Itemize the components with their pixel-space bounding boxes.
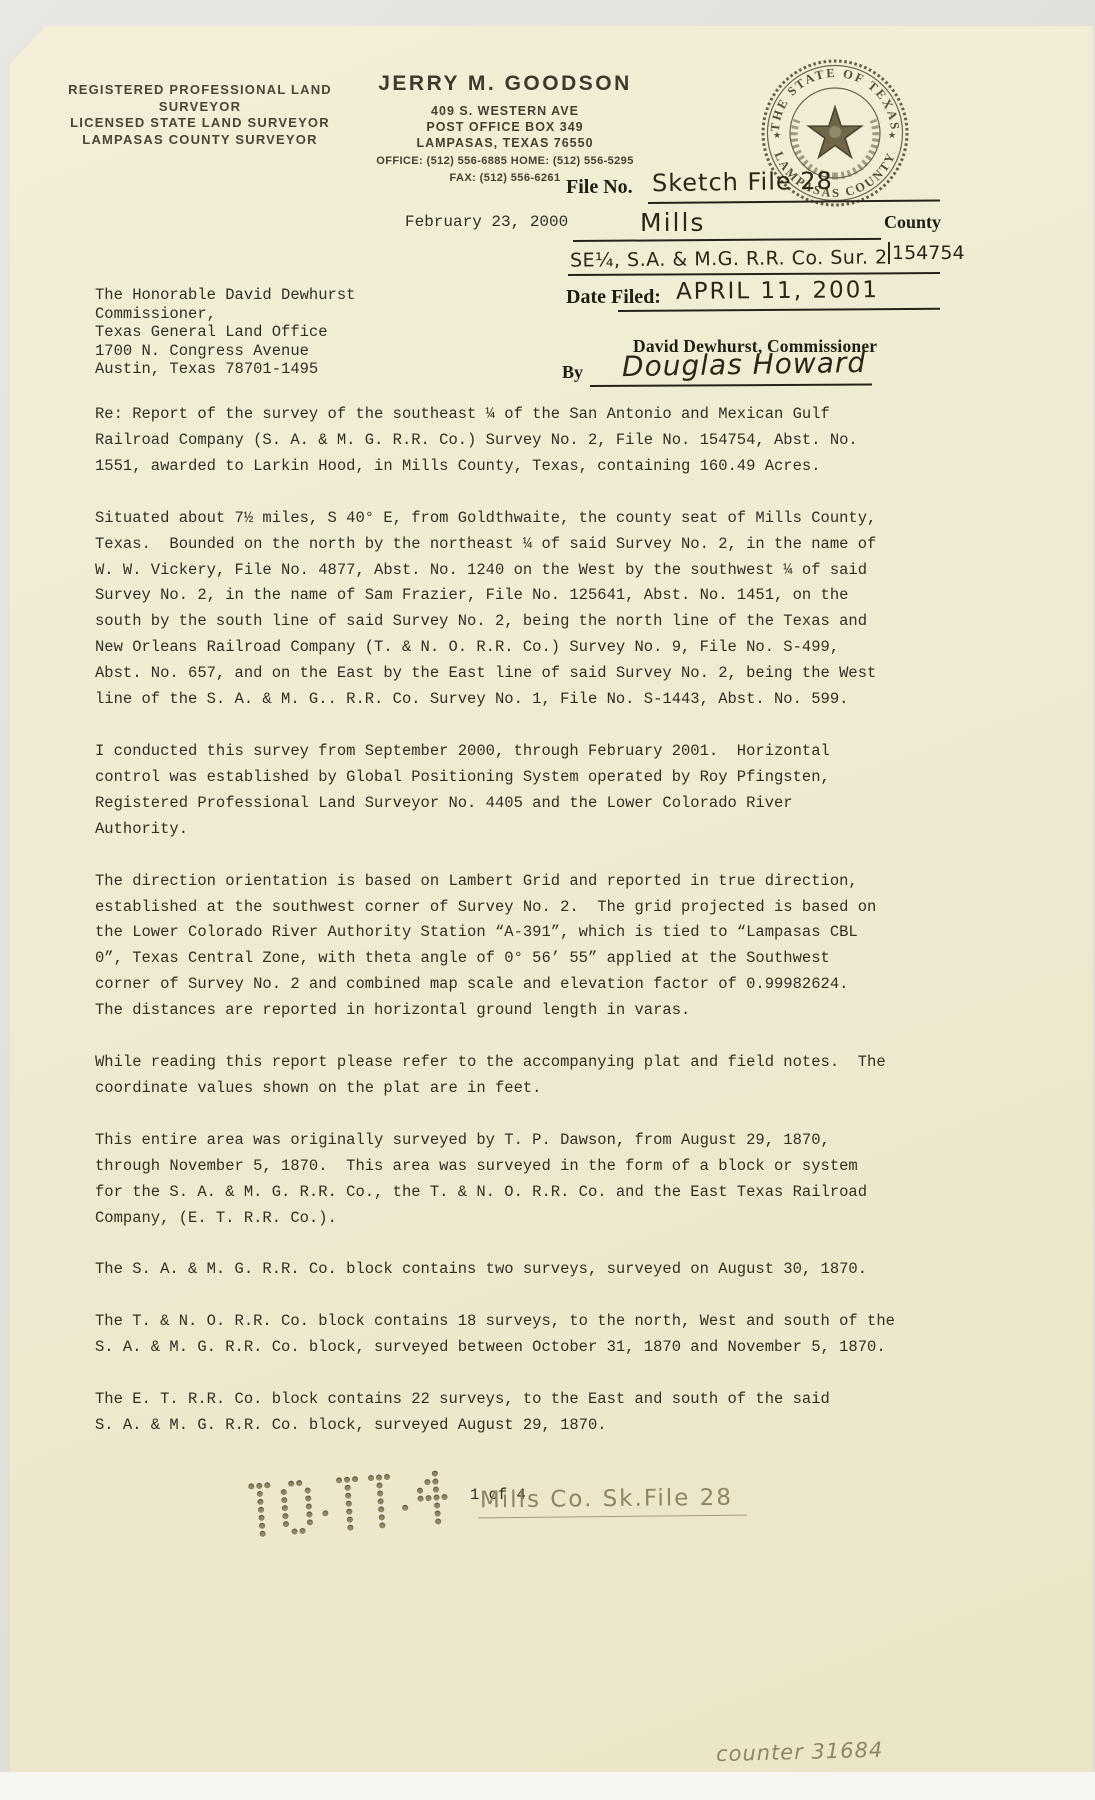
punched-hole — [379, 1514, 385, 1520]
punched-hole — [379, 1522, 385, 1528]
punched-hole — [282, 1505, 288, 1511]
punched-hole — [425, 1495, 431, 1501]
punched-hole — [346, 1501, 352, 1507]
county-value-handwritten: Mills — [640, 208, 705, 237]
letter-body: Re: Report of the survey of the southeas… — [95, 402, 900, 1465]
punched-hole — [344, 1485, 350, 1491]
punched-hole — [417, 1488, 423, 1494]
punched-hole — [441, 1494, 447, 1500]
punched-hole — [336, 1477, 342, 1483]
punched-hole — [433, 1486, 439, 1492]
surveyor-name: JERRY M. GOODSON — [355, 72, 655, 96]
punched-hole — [282, 1513, 288, 1519]
punched-hole — [433, 1494, 439, 1500]
punched-hole — [376, 1474, 382, 1480]
punched-hole — [259, 1523, 265, 1529]
letter-date: February 23, 2000 — [405, 213, 568, 231]
paragraph: Re: Report of the survey of the southeas… — [95, 402, 900, 480]
paragraph: The T. & N. O. R.R. Co. block contains 1… — [95, 1309, 900, 1361]
pencil-filing-note: Mills Co. Sk.File 28 — [478, 1485, 747, 1519]
surveyor-address: 409 S. WESTERN AVE POST OFFICE BOX 349 L… — [355, 103, 655, 151]
punched-hole — [377, 1490, 383, 1496]
punched-hole — [306, 1511, 312, 1517]
punched-hole — [417, 1496, 423, 1502]
punched-hole — [291, 1528, 297, 1534]
scan-background-strip — [0, 1772, 1095, 1800]
surveyor-credentials: REGISTERED PROFESSIONAL LAND SURVEYOR LI… — [40, 82, 360, 148]
seal-right-star-icon: ★ — [888, 130, 896, 140]
paragraph: While reading this report please refer t… — [95, 1050, 900, 1102]
punched-hole — [305, 1495, 311, 1501]
surveyor-phone: OFFICE: (512) 556-6885 HOME: (512) 556-5… — [355, 154, 655, 168]
punched-hole — [434, 1510, 440, 1516]
punched-hole — [402, 1505, 408, 1511]
paragraph: This entire area was originally surveyed… — [95, 1128, 900, 1232]
punched-hole — [434, 1502, 440, 1508]
punched-hole — [347, 1517, 353, 1523]
punched-hole — [288, 1481, 294, 1487]
punched-hole — [435, 1518, 441, 1524]
punched-hole — [283, 1521, 289, 1527]
paragraph: The S. A. & M. G. R.R. Co. block contain… — [95, 1257, 900, 1283]
punched-hole — [264, 1482, 270, 1488]
punched-hole — [432, 1470, 438, 1476]
punched-hole — [281, 1489, 287, 1495]
punched-hole — [256, 1483, 262, 1489]
punched-hole — [306, 1503, 312, 1509]
punched-hole — [281, 1497, 287, 1503]
paragraph: Situated about 7½ miles, S 40° E, from G… — [95, 506, 900, 713]
punched-hole — [346, 1509, 352, 1515]
date-filed-value-handwritten: APRIL 11, 2001 — [676, 277, 879, 305]
deputy-signature: Douglas Howard — [622, 346, 867, 383]
paragraph: I conducted this survey from September 2… — [95, 739, 900, 843]
punched-hole — [352, 1476, 358, 1482]
punched-hole — [344, 1477, 350, 1483]
punched-hole — [257, 1499, 263, 1505]
punched-hole — [345, 1493, 351, 1499]
punched-hole — [257, 1491, 263, 1497]
survey-file-number-handwritten: 154754 — [888, 242, 965, 264]
county-label: County — [884, 212, 941, 233]
file-no-value-handwritten: Sketch File 28 — [652, 167, 833, 198]
letterhead-center: JERRY M. GOODSON 409 S. WESTERN AVE POST… — [355, 72, 655, 185]
punched-hole — [376, 1482, 382, 1488]
punched-hole — [322, 1510, 328, 1516]
punched-hole — [347, 1525, 353, 1531]
punched-hole — [259, 1531, 265, 1537]
punched-hole — [384, 1474, 390, 1480]
punched-hole — [377, 1498, 383, 1504]
punched-hole — [305, 1487, 311, 1493]
punched-hole — [378, 1506, 384, 1512]
counter-number-note: counter 31684 — [716, 1738, 884, 1766]
file-no-label: File No. — [566, 176, 633, 199]
punched-hole — [424, 1479, 430, 1485]
punched-hole — [258, 1515, 264, 1521]
punched-hole — [368, 1475, 374, 1481]
date-filed-label: Date Filed: — [566, 286, 661, 309]
paragraph: The direction orientation is based on La… — [95, 869, 900, 1024]
paragraph: The E. T. R.R. Co. block contains 22 sur… — [95, 1387, 900, 1439]
punched-hole — [258, 1507, 264, 1513]
punched-hole — [248, 1483, 254, 1489]
by-label: By — [562, 362, 583, 383]
scanned-letter-page: { "colors":{"paper":"#efead0","ink":"#2c… — [0, 0, 1095, 1800]
punched-hole — [296, 1480, 302, 1486]
recipient-address: The Honorable David Dewhurst Commissione… — [95, 286, 355, 379]
punched-hole — [299, 1528, 305, 1534]
punched-hole — [432, 1478, 438, 1484]
survey-line-handwritten: SE¼, S.A. & M.G. R.R. Co. Sur. 2 — [570, 246, 888, 271]
seal-left-star-icon: ★ — [773, 130, 781, 140]
punched-hole — [307, 1519, 313, 1525]
